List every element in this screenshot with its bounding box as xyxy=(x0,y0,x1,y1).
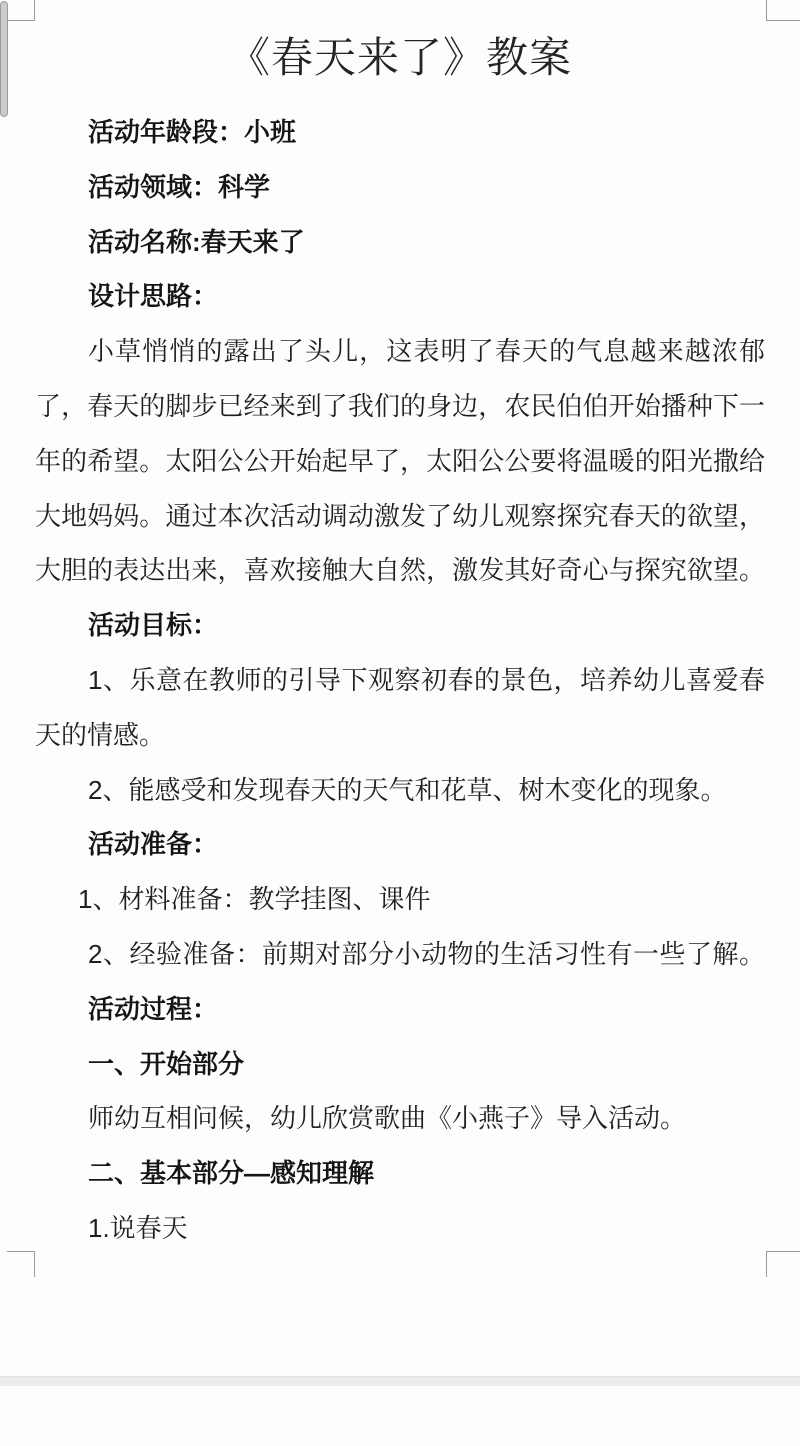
document-page-2 xyxy=(0,1386,800,1446)
crop-mark-bottom-right xyxy=(766,1251,800,1277)
doc-section-1-body: 师幼互相问候，幼儿欣赏歌曲《小燕子》导入活动。 xyxy=(35,1091,765,1146)
doc-goal-item-1-cont: 天的情感。 xyxy=(35,708,765,763)
crop-mark-bottom-left xyxy=(7,1251,35,1277)
doc-heading-design-idea: 设计思路： xyxy=(35,269,765,324)
doc-line-age-group: 活动年龄段：小班 xyxy=(35,105,765,160)
doc-paragraph-line: 年的希望。太阳公公开始起早了，太阳公公要将温暖的阳光撒给 xyxy=(35,434,765,489)
doc-prep-item-2: 2、经验准备：前期对部分小动物的生活习性有一些了解。 xyxy=(35,927,765,982)
doc-paragraph-line: 小草悄悄的露出了头儿，这表明了春天的气息越来越浓郁 xyxy=(35,324,765,379)
doc-line-activity-name: 活动名称:春天来了 xyxy=(35,215,765,270)
doc-section-1-heading: 一、开始部分 xyxy=(35,1037,765,1092)
doc-paragraph-line: 大地妈妈。通过本次活动调动激发了幼儿观察探究春天的欲望， xyxy=(35,489,765,544)
doc-subsection-say-spring: 1.说春天 xyxy=(35,1201,765,1256)
page-separator xyxy=(0,1376,800,1386)
doc-line-field: 活动领域：科学 xyxy=(35,160,765,215)
document-page-1: 《春天来了》教案 活动年龄段：小班 活动领域：科学 活动名称:春天来了 设计思路… xyxy=(0,0,800,1376)
doc-paragraph-line: 了，春天的脚步已经来到了我们的身边，农民伯伯开始播种下一 xyxy=(35,379,765,434)
doc-heading-process: 活动过程： xyxy=(35,982,765,1037)
document-body: 活动年龄段：小班 活动领域：科学 活动名称:春天来了 设计思路： 小草悄悄的露出… xyxy=(35,105,765,1256)
scrollbar-thumb[interactable] xyxy=(0,1,8,117)
document-viewer: { "doc": { "title": "《春天来了》教案", "lines":… xyxy=(0,0,800,1446)
doc-section-2-heading: 二、基本部分—感知理解 xyxy=(35,1146,765,1201)
crop-mark-top-left xyxy=(7,0,35,21)
doc-heading-goals: 活动目标： xyxy=(35,598,765,653)
page-title: 《春天来了》教案 xyxy=(0,34,800,82)
doc-heading-preparation: 活动准备： xyxy=(35,817,765,872)
doc-prep-item-1: 1、材料准备：教学挂图、课件 xyxy=(35,872,765,927)
doc-goal-item-2: 2、能感受和发现春天的天气和花草、树木变化的现象。 xyxy=(35,763,765,818)
doc-goal-item-1: 1、乐意在教师的引导下观察初春的景色，培养幼儿喜爱春 xyxy=(35,653,765,708)
crop-mark-top-right xyxy=(766,0,800,21)
doc-paragraph-line: 大胆的表达出来，喜欢接触大自然，激发其好奇心与探究欲望。 xyxy=(35,543,765,598)
